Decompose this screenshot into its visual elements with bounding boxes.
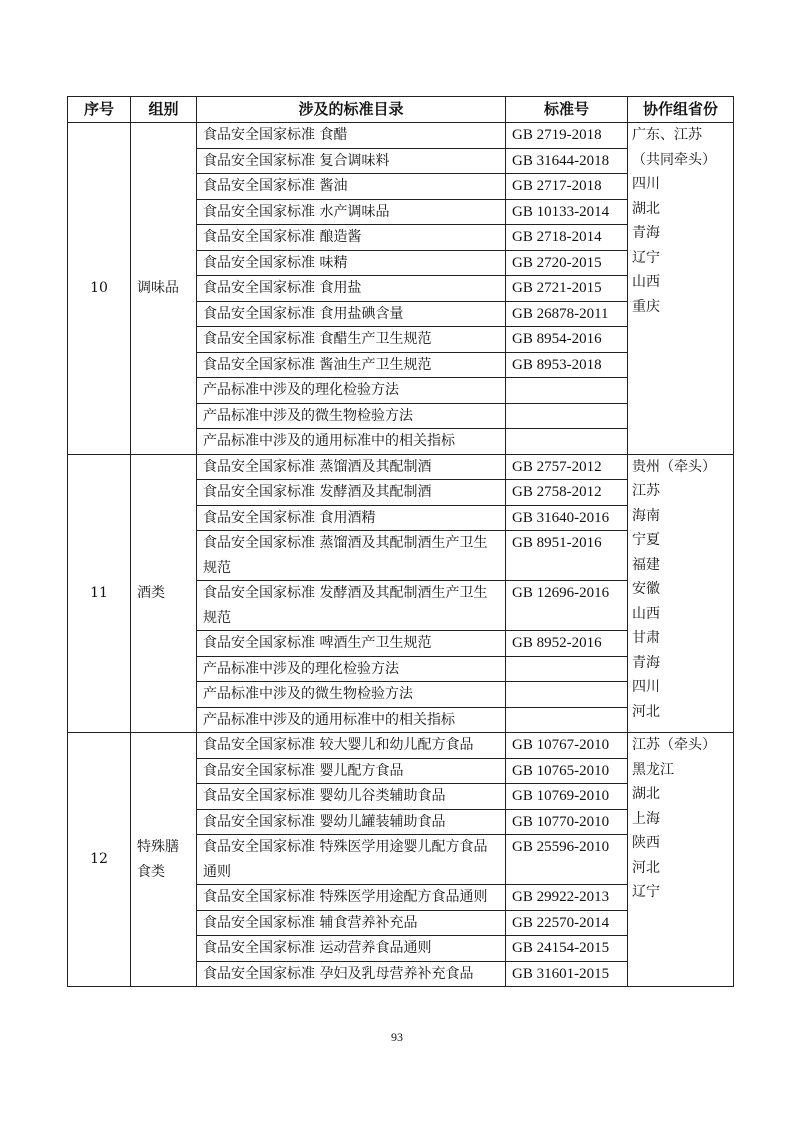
standard-title: 食品安全国家标准 蒸馏酒及其配制酒生产卫生规范 xyxy=(197,531,506,581)
standard-number xyxy=(506,378,628,404)
header-std-no: 标准号 xyxy=(506,97,628,123)
standard-title: 食品安全国家标准 较大婴儿和幼儿配方食品 xyxy=(197,733,506,759)
group-name: 特殊膳食类 xyxy=(131,733,197,987)
group-number: 10 xyxy=(68,123,131,455)
standard-number xyxy=(506,429,628,455)
standard-title: 食品安全国家标准 婴幼儿罐装辅助食品 xyxy=(197,809,506,835)
provinces: 贵州（牵头） 江苏 海南 宁夏 福建 安徽 山西 甘肃 青海 四川 河北 xyxy=(628,454,734,733)
header-group: 组别 xyxy=(131,97,197,123)
standard-number: GB 31644-2018 xyxy=(506,148,628,174)
standard-number: GB 8951-2016 xyxy=(506,531,628,581)
standard-title: 食品安全国家标准 水产调味品 xyxy=(197,199,506,225)
standard-number: GB 10133-2014 xyxy=(506,199,628,225)
standard-number xyxy=(506,707,628,733)
standard-title: 食品安全国家标准 酿造酱 xyxy=(197,225,506,251)
standard-title: 食品安全国家标准 食用盐 xyxy=(197,276,506,302)
standard-number: GB 2758-2012 xyxy=(506,480,628,506)
standard-title: 产品标准中涉及的微生物检验方法 xyxy=(197,682,506,708)
header-no: 序号 xyxy=(68,97,131,123)
standard-title: 产品标准中涉及的通用标准中的相关指标 xyxy=(197,429,506,455)
standard-number: GB 22570-2014 xyxy=(506,910,628,936)
standard-number xyxy=(506,656,628,682)
standard-title: 食品安全国家标准 辅食营养补充品 xyxy=(197,910,506,936)
standard-number: GB 10767-2010 xyxy=(506,733,628,759)
standard-number: GB 8952-2016 xyxy=(506,631,628,657)
standard-number: GB 2721-2015 xyxy=(506,276,628,302)
standard-number: GB 10769-2010 xyxy=(506,784,628,810)
standard-title: 食品安全国家标准 食用酒精 xyxy=(197,505,506,531)
standard-number: GB 2719-2018 xyxy=(506,123,628,149)
standard-number: GB 8954-2016 xyxy=(506,327,628,353)
standard-number: GB 24154-2015 xyxy=(506,936,628,962)
standard-title: 食品安全国家标准 复合调味料 xyxy=(197,148,506,174)
standard-number: GB 31640-2016 xyxy=(506,505,628,531)
standard-title: 食品安全国家标准 啤酒生产卫生规范 xyxy=(197,631,506,657)
header-catalog: 涉及的标准目录 xyxy=(197,97,506,123)
standard-title: 食品安全国家标准 蒸馏酒及其配制酒 xyxy=(197,454,506,480)
standard-title: 食品安全国家标准 孕妇及乳母营养补充食品 xyxy=(197,961,506,987)
group-number: 11 xyxy=(68,454,131,733)
standard-title: 食品安全国家标准 酱油生产卫生规范 xyxy=(197,352,506,378)
table-row: 12 特殊膳食类食品安全国家标准 较大婴儿和幼儿配方食品 GB 10767-20… xyxy=(68,733,734,759)
standard-number: GB 10765-2010 xyxy=(506,758,628,784)
standard-title: 食品安全国家标准 婴儿配方食品 xyxy=(197,758,506,784)
provinces: 广东、江苏 （共同牵头） 四川 湖北 青海 辽宁 山西 重庆 xyxy=(628,123,734,455)
standard-number xyxy=(506,403,628,429)
standard-number xyxy=(506,682,628,708)
standard-number: GB 10770-2010 xyxy=(506,809,628,835)
standard-title: 食品安全国家标准 发酵酒及其配制酒生产卫生规范 xyxy=(197,581,506,631)
standard-number: GB 8953-2018 xyxy=(506,352,628,378)
table-row: 11 酒类食品安全国家标准 蒸馏酒及其配制酒 GB 2757-2012贵州（牵头… xyxy=(68,454,734,480)
standard-number: GB 31601-2015 xyxy=(506,961,628,987)
page-number: 93 xyxy=(0,1030,794,1045)
standard-title: 产品标准中涉及的通用标准中的相关指标 xyxy=(197,707,506,733)
standard-number: GB 2718-2014 xyxy=(506,225,628,251)
standard-number: GB 12696-2016 xyxy=(506,581,628,631)
standard-title: 食品安全国家标准 特殊医学用途婴儿配方食品通则 xyxy=(197,835,506,885)
standard-title: 食品安全国家标准 食醋生产卫生规范 xyxy=(197,327,506,353)
table-header: 序号 组别 涉及的标准目录 标准号 协作组省份 xyxy=(68,97,734,123)
standard-number: GB 25596-2010 xyxy=(506,835,628,885)
standard-title: 产品标准中涉及的微生物检验方法 xyxy=(197,403,506,429)
standard-title: 食品安全国家标准 特殊医学用途配方食品通则 xyxy=(197,885,506,911)
group-name: 酒类 xyxy=(131,454,197,733)
standard-number: GB 2720-2015 xyxy=(506,250,628,276)
standard-title: 食品安全国家标准 食醋 xyxy=(197,123,506,149)
group-name: 调味品 xyxy=(131,123,197,455)
standard-title: 食品安全国家标准 运动营养食品通则 xyxy=(197,936,506,962)
standard-title: 食品安全国家标准 发酵酒及其配制酒 xyxy=(197,480,506,506)
standard-title: 产品标准中涉及的理化检验方法 xyxy=(197,378,506,404)
standard-title: 食品安全国家标准 食用盐碘含量 xyxy=(197,301,506,327)
standard-number: GB 26878-2011 xyxy=(506,301,628,327)
header-provinces: 协作组省份 xyxy=(628,97,734,123)
standard-title: 产品标准中涉及的理化检验方法 xyxy=(197,656,506,682)
table-row: 10 调味品食品安全国家标准 食醋 GB 2719-2018广东、江苏 （共同牵… xyxy=(68,123,734,149)
standard-title: 食品安全国家标准 酱油 xyxy=(197,174,506,200)
standards-table: 序号 组别 涉及的标准目录 标准号 协作组省份 10 调味品食品安全国家标准 食… xyxy=(67,96,734,987)
standard-title: 食品安全国家标准 婴幼儿谷类辅助食品 xyxy=(197,784,506,810)
standard-number: GB 29922-2013 xyxy=(506,885,628,911)
group-number: 12 xyxy=(68,733,131,987)
standard-number: GB 2717-2018 xyxy=(506,174,628,200)
standard-number: GB 2757-2012 xyxy=(506,454,628,480)
provinces: 江苏（牵头） 黑龙江 湖北 上海 陕西 河北 辽宁 xyxy=(628,733,734,987)
standard-title: 食品安全国家标准 味精 xyxy=(197,250,506,276)
